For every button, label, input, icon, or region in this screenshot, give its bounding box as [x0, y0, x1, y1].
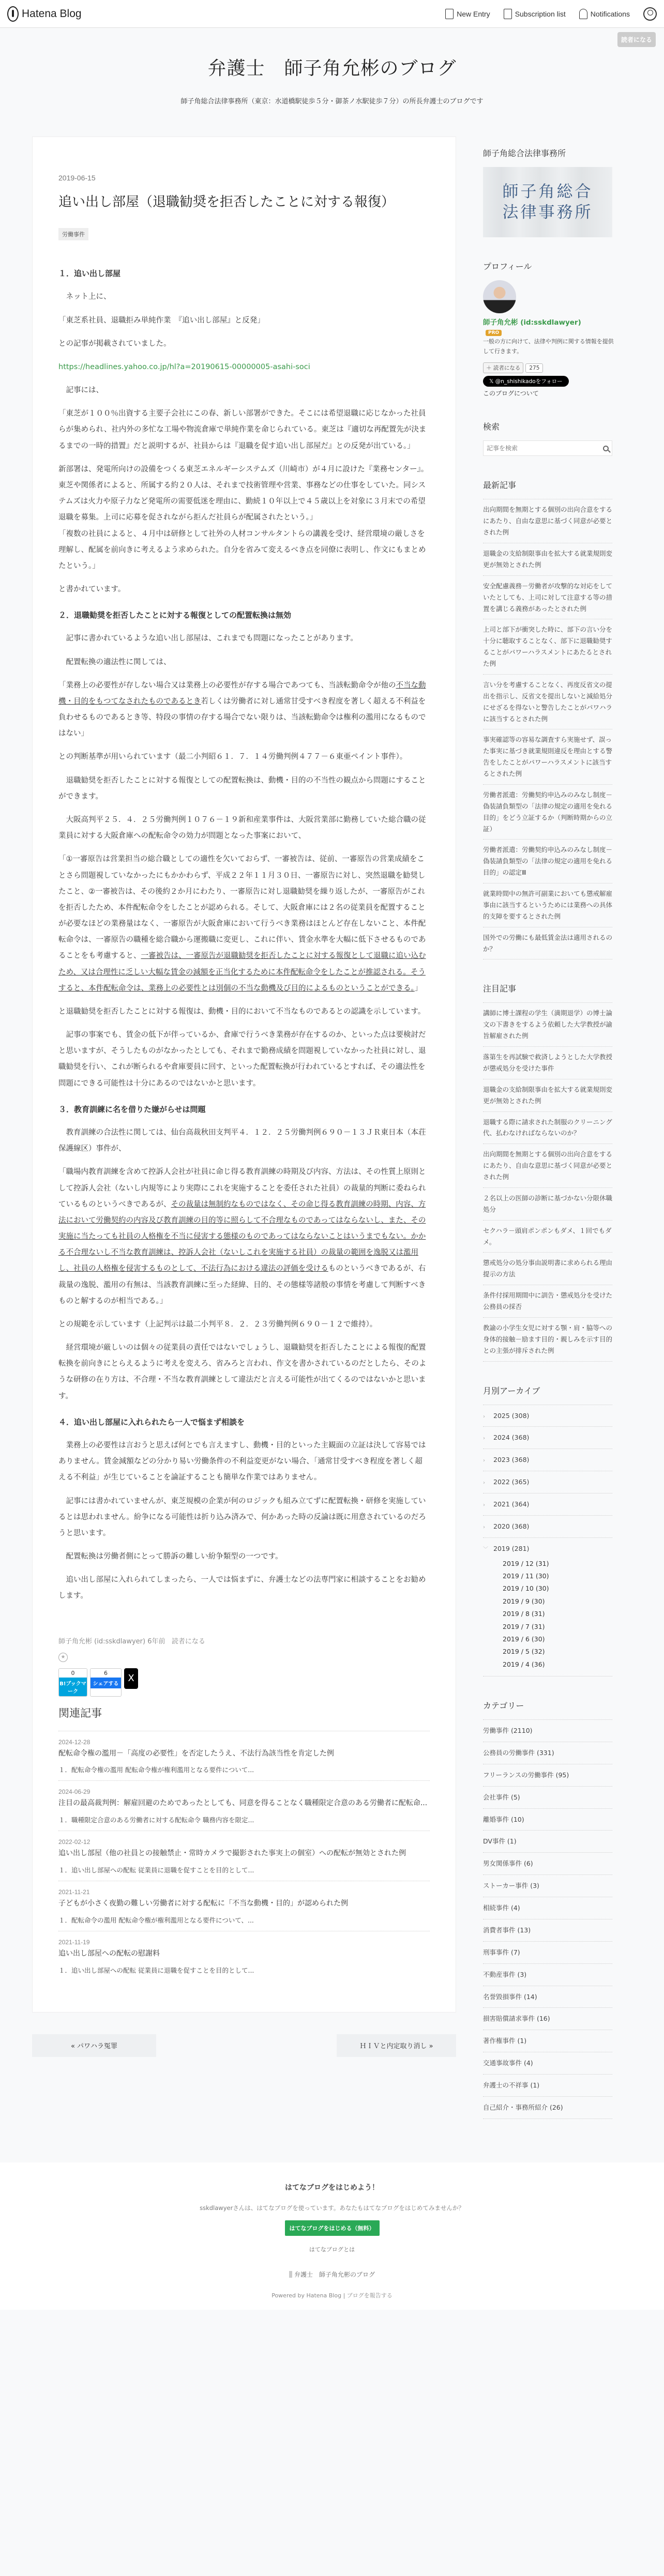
- archive-year: ›2022 (365): [483, 1471, 612, 1493]
- recent-entry: 国外での労働にも最低賃金法は適用されるのか？: [483, 927, 612, 960]
- related-summary: １．職種限定合意のある労働者に対する配転命令 職務内容を限定...: [58, 1815, 430, 1824]
- blog-title-link[interactable]: 弁護士 師子角允彬のブログ: [207, 58, 456, 79]
- category-item: 交通事故事件 (4): [483, 2052, 612, 2075]
- share-buttons: 0 B!ブックマーク 6 シェアする X: [58, 1668, 430, 1697]
- archive-module: 月別アーカイブ ›2025 (308)›2024 (368)›2023 (368…: [483, 1384, 617, 1677]
- category-item: 消費者事件 (13): [483, 1919, 612, 1942]
- logo-text: Hatena Blog: [22, 8, 82, 20]
- profile-subscribe-button[interactable]: ＋ 読者になる: [483, 362, 523, 373]
- office-heading: 師子角総合法律事務所: [483, 147, 617, 159]
- related-date: 2024-06-29: [58, 1788, 430, 1795]
- office-banner-image[interactable]: 師子角総合 法律事務所: [483, 167, 612, 237]
- entry-title-link[interactable]: 追い出し部屋（退職勧奨を拒否したことに対する報復）: [58, 194, 395, 210]
- archive-month: 2019 / 11 (30): [503, 1570, 612, 1582]
- user-avatar-icon[interactable]: [643, 7, 657, 21]
- section-heading: ３．教育訓練に名を借りた嫌がらせは問題: [58, 1101, 430, 1118]
- section-heading: １．追い出し部屋: [58, 265, 430, 282]
- recent-entries-list: 出向期間を無期とする個別の出向合意をするにあたり、自由な意思に基づく同意が必要と…: [483, 499, 612, 959]
- related-item: 2024-06-29注目の最高裁判例：解雇回避のためであったとしても、同意を得る…: [58, 1781, 430, 1831]
- quote-paragraph: 「職場内教育訓練を含めて控訴人会社が社員に命じ得る教育訓練の時期及び内容、方法は…: [58, 1164, 430, 1309]
- category-item-link[interactable]: 相続事件 (4): [483, 1904, 520, 1912]
- body-paragraph: 配置転換は労働者側にとって勝訴の難しい紛争類型の一つです。: [58, 1549, 430, 1565]
- featured-entry-link[interactable]: 講師に博士課程の学生（満期退学）の博士論文の下書きをするよう依頼した大学教授が諭…: [483, 1009, 612, 1040]
- body-paragraph: 記事の事案でも、賃金の低下が伴っているか、倉庫で行うべき業務が存在するのか、とい…: [58, 1027, 430, 1092]
- archive-month: 2019 / 6 (30): [503, 1633, 612, 1645]
- category-item-link[interactable]: 名誉毀損事件 (14): [483, 1993, 537, 2001]
- featured-entries-module: 注目記事 講師に博士課程の学生（満期退学）の博士論文の下書きをするよう依頼した大…: [483, 982, 617, 1361]
- search-heading: 検索: [483, 420, 617, 432]
- prev-entry-link[interactable]: « パワハラ冤罪: [32, 2034, 156, 2057]
- chevron-right-icon[interactable]: ›: [483, 1501, 493, 1510]
- category-item: DV事件 (1): [483, 1831, 612, 1853]
- sidebar: 師子角総合法律事務所 師子角総合 法律事務所 プロフィール 師子角允彬 (id:…: [483, 136, 617, 2142]
- recent-entry: 上司と部下が衝突した時に、部下の言い分を十分に聴取することなく、部下に退職勧奨す…: [483, 619, 612, 675]
- category-list: 労働事件 (2110)公務員の労働事件 (331)フリーランスの労働事件 (95…: [483, 1719, 612, 2119]
- category-item-link[interactable]: 労働事件 (2110): [483, 1727, 533, 1734]
- facebook-share-button[interactable]: 6 シェアする: [90, 1668, 122, 1697]
- search-module: 検索: [483, 420, 617, 456]
- archive-year: ›2024 (368): [483, 1427, 612, 1449]
- entry-age: 6年前: [147, 1638, 165, 1645]
- archive-year-link[interactable]: 2025 (308): [493, 1412, 529, 1420]
- archive-year-link[interactable]: 2022 (365): [493, 1478, 529, 1486]
- category-item-link[interactable]: DV事件 (1): [483, 1837, 517, 1845]
- new-entry-link[interactable]: New Entry: [445, 9, 490, 19]
- chevron-right-icon[interactable]: ›: [483, 1523, 493, 1532]
- profile-module: プロフィール 師子角允彬 (id:sskdlawyer) PRO 一般の方に向け…: [483, 260, 617, 398]
- archive-month: 2019 / 8 (31): [503, 1608, 612, 1620]
- entry-footer: 師子角允彬 (id:sskdlawyer) 6年前 読者になる ★ 0 B!ブッ…: [58, 1636, 430, 1697]
- archive-month: 2019 / 7 (31): [503, 1621, 612, 1633]
- archive-month: 2019 / 9 (30): [503, 1595, 612, 1608]
- hatena-bookmark-label: B!ブックマーク: [59, 1678, 87, 1696]
- quote-paragraph: 「①一審原告は営業担当の総合職としての適性を欠いておらず、一審被告は、従前、一審…: [58, 851, 430, 997]
- archive-list: ›2025 (308)›2024 (368)›2023 (368)›2022 (…: [483, 1405, 612, 1677]
- featured-entry-link[interactable]: 教諭の小学生女児に対する顎・肩・脇等への身体的接触－励ます目的・親しみを示す目的…: [483, 1324, 612, 1354]
- chevron-right-icon[interactable]: ›: [483, 1456, 493, 1466]
- reader-row: ＋ 読者になる 275: [483, 362, 617, 373]
- archive-months: 2019 / 12 (31)2019 / 11 (30)2019 / 10 (3…: [483, 1558, 612, 1671]
- category-item: 弁護士の不祥事 (1): [483, 2075, 612, 2097]
- entry-date-link[interactable]: 2019-06-15: [58, 174, 96, 182]
- recent-entry-link[interactable]: 労働者派遣：労働契約申込みのみなし制度－偽装請負類型の「法律の規定の適用を免れる…: [483, 791, 612, 833]
- chevron-right-icon[interactable]: ›: [483, 1412, 493, 1422]
- body-paragraph: と書かれています。: [58, 582, 430, 598]
- footer-lead: sskdlawyerさんは、はてなブログを使っています。あなたもはてなブログをは…: [0, 2204, 664, 2212]
- category-item-link[interactable]: 弁護士の不祥事 (1): [483, 2081, 539, 2089]
- quote-text: 「①一審原告は営業担当の総合職としての適性を欠いておらず、一審被告は、従前、一審…: [58, 855, 426, 960]
- what-is-hatena-link[interactable]: はてなブログとは: [309, 2246, 355, 2253]
- bell-icon: [579, 9, 587, 19]
- featured-entry: 落第生を再試験で救済しようとした大学教授が懲戒処分を受けた事件: [483, 1047, 612, 1079]
- facebook-share-label: シェアする: [90, 1678, 121, 1688]
- archive-year-link[interactable]: 2021 (364): [493, 1500, 529, 1508]
- recent-entry-link[interactable]: 言い分を考慮することなく、再度反省文の提出を指示し、反省文を提出しないと減給処分…: [483, 681, 612, 723]
- category-item: 不動産事件 (3): [483, 1964, 612, 1986]
- quote-text: 「業務上の必要性が存しない場合又は業務上の必要性が存する場合であつても、当該転勤…: [58, 681, 396, 690]
- featured-entry-link[interactable]: 懲戒処分の処分事由説明書に求められる理由提示の方法: [483, 1259, 612, 1278]
- body-paragraph: 教育訓練の合法性に関しては、仙台高裁秋田支判平４．１２．２５労働判例６９０－１３…: [58, 1125, 430, 1157]
- hatena-bookmark-button[interactable]: 0 B!ブックマーク: [58, 1668, 87, 1697]
- archive-year-link[interactable]: 2023 (368): [493, 1456, 529, 1464]
- body-paragraph: 新部署は、発電所向けの設備をつくる東芝エネルギーシステムズ（川崎市）が４月に設け…: [58, 462, 430, 574]
- category-item-link[interactable]: 公務員の労働事件 (331): [483, 1749, 554, 1757]
- featured-heading: 注目記事: [483, 982, 617, 994]
- banner-line-1: 師子角総合: [503, 181, 593, 202]
- recent-entry-link[interactable]: 退職金の支給制限事由を拡大する就業規則変更が無効とされた例: [483, 550, 612, 569]
- body-paragraph: 業務上の必要性は言おうと思えば何とでも言えますし、動機・目的といった主観面の立証…: [58, 1438, 430, 1486]
- category-item-link[interactable]: 男女関係事件 (6): [483, 1859, 533, 1867]
- related-title-link[interactable]: 子どもが小さく夜勤の難しい労働者に対する配転に「不当な動機・目的」が認められた例: [58, 1898, 430, 1910]
- body-paragraph: 配置転換の適法性に関しては、: [58, 654, 430, 670]
- body-paragraph: 経営環境が厳しいのは個々の従業員の責任ではないでしょうし、退職勧奨を拒否したこと…: [58, 1340, 430, 1405]
- category-item: 公務員の労働事件 (331): [483, 1742, 612, 1764]
- section-heading: ２．退職勧奨を拒否したことに対する報復としての配置転換は無効: [58, 607, 430, 623]
- hatena-bookmark-count: 0: [59, 1669, 87, 1678]
- recent-entry: 退職金の支給制限事由を拡大する就業規則変更が無効とされた例: [483, 543, 612, 576]
- subscription-list-link[interactable]: Subscription list: [504, 9, 566, 19]
- archive-month: 2019 / 10 (30): [503, 1582, 612, 1595]
- archive-year: ›2020 (368): [483, 1516, 612, 1538]
- recent-heading: 最新記事: [483, 479, 617, 491]
- x-logo-icon: X: [128, 1673, 134, 1684]
- related-summary: １．追い出し部屋への配転 従業員に退職を促すことを目的として...: [58, 1965, 430, 1975]
- category-item: 相続事件 (4): [483, 1897, 612, 1919]
- featured-entries-list: 講師に博士課程の学生（満期退学）の博士論文の下書きをするよう依頼した大学教授が諭…: [483, 1002, 612, 1361]
- office-module: 師子角総合法律事務所 師子角総合 法律事務所: [483, 147, 617, 237]
- category-heading: カテゴリー: [483, 1699, 617, 1711]
- recent-entry-link[interactable]: 就業時間中の無許可副業においても懲戒解雇事由に該当するというためには業務への具体…: [483, 890, 612, 920]
- about-blog-link[interactable]: このブログについて: [483, 389, 617, 398]
- body-paragraph: 記事には、: [58, 383, 430, 399]
- recent-entry: 安全配慮義務－労働者が攻撃的な対応をしていたとしても、上司に対して注意する等の措…: [483, 576, 612, 620]
- x-share-button[interactable]: X: [124, 1668, 138, 1689]
- quote-text: 」: [415, 984, 422, 993]
- related-date: 2021-11-19: [58, 1939, 430, 1946]
- hatena-pen-icon: [7, 6, 19, 22]
- archive-month-link[interactable]: 2019 / 10 (30): [503, 1584, 549, 1592]
- chevron-right-icon[interactable]: ›: [483, 1478, 493, 1488]
- new-entry-label: New Entry: [457, 10, 490, 18]
- related-item: 2024-12-28配転命令権の濫用－「高度の必要性」を否定したうえ、不法行為該…: [58, 1731, 430, 1781]
- entry-category-tag[interactable]: 労働事件: [58, 228, 88, 240]
- featured-entry-link[interactable]: 退職する際に請求された制服のクリーニング代、払わなければならないのか？: [483, 1118, 612, 1137]
- category-item: 名誉毀損事件 (14): [483, 1986, 612, 2008]
- category-item: 刑事事件 (7): [483, 1942, 612, 1964]
- related-item: 2022-02-12追い出し部屋（他の社員との接触禁止・常時カメラで撮影された事…: [58, 1831, 430, 1881]
- featured-entry: 懲戒処分の処分事由説明書に求められる理由提示の方法: [483, 1253, 612, 1285]
- recent-entry-link[interactable]: 労働者派遣：労働契約申込みのみなし制度－偽装請負類型の「法律の規定の適用を免れる…: [483, 846, 612, 876]
- profile-avatar[interactable]: [483, 280, 516, 313]
- archive-year: ›2023 (368): [483, 1449, 612, 1471]
- archive-heading: 月別アーカイブ: [483, 1384, 617, 1396]
- featured-entry-link[interactable]: 出向期間を無期とする個別の出向合意をするにあたり、自由な意思に基づく同意が必要と…: [483, 1150, 612, 1181]
- subscribe-button[interactable]: 読者になる: [617, 32, 656, 47]
- footer-blog-name-link[interactable]: 弁護士 師子角允彬のブログ: [294, 2270, 375, 2279]
- category-module: カテゴリー 労働事件 (2110)公務員の労働事件 (331)フリーランスの労働…: [483, 1699, 617, 2119]
- category-item-link[interactable]: 交通事故事件 (4): [483, 2059, 533, 2067]
- featured-entry: 出向期間を無期とする個別の出向合意をするにあたり、自由な意思に基づく同意が必要と…: [483, 1144, 612, 1188]
- archive-year-link[interactable]: 2019 (281): [493, 1545, 529, 1552]
- facebook-share-count: 6: [90, 1669, 121, 1678]
- related-summary: １．配転命令の濫用 配転命令権が権利濫用となる要件について、...: [58, 1915, 430, 1925]
- pencil-icon: [445, 9, 454, 19]
- featured-entry-link[interactable]: セクハラ－頭肩ポンポンもダメ、１回でもダメ。: [483, 1227, 612, 1246]
- archive-year: ›2021 (364): [483, 1493, 612, 1516]
- powered-by: Powered by Hatena Blog | ブログを報告する: [0, 2291, 664, 2299]
- featured-entry: 退職金の支給制限事由を拡大する就業規則変更が無効とされた例: [483, 1079, 612, 1112]
- archive-month: 2019 / 5 (32): [503, 1645, 612, 1658]
- chevron-down-icon[interactable]: ﹀: [483, 1545, 493, 1554]
- archive-year-link[interactable]: 2020 (368): [493, 1522, 529, 1530]
- category-item-link[interactable]: 離婚事件 (10): [483, 1816, 524, 1823]
- recent-entry: 言い分を考慮することなく、再度反省文の提出を指示し、反省文を提出しないと減給処分…: [483, 675, 612, 730]
- archive-month: 2019 / 4 (36): [503, 1658, 612, 1671]
- body-paragraph: 「東芝が１００％出資する主要子会社にこの春、新しい部署ができた。そこには希望退職…: [58, 406, 430, 454]
- archive-month-link[interactable]: 2019 / 11 (30): [503, 1572, 549, 1580]
- body-paragraph: 退職勧奨を拒否したことに対する報復としての配置転換は、動機・目的の不当性の観点か…: [58, 773, 430, 805]
- search-box: [483, 440, 612, 456]
- related-title-link[interactable]: 追い出し部屋（他の社員との接触禁止・常時カメラで撮影された事実上の個室）への配転…: [58, 1848, 430, 1860]
- body-paragraph: との判断基準が用いられています（最二小判昭６１．７．１４労働判例４７７－６東亜ペ…: [58, 749, 430, 765]
- recent-entry: 就業時間中の無許可副業においても懲戒解雇事由に該当するというためには業務への具体…: [483, 883, 612, 927]
- featured-entry: 条件付採用期間中に訓告・懲戒処分を受けた公務員の採否: [483, 1285, 612, 1318]
- archive-month-link[interactable]: 2019 / 9 (30): [503, 1597, 545, 1605]
- archive-month-link[interactable]: 2019 / 6 (30): [503, 1635, 545, 1643]
- source-article-link[interactable]: https://headlines.yahoo.co.jp/hl?a=20190…: [58, 363, 310, 371]
- next-entry-link[interactable]: ＨＩＶと内定取り消し »: [337, 2034, 456, 2057]
- body-paragraph: 「東芝系社員、退職拒み単純作業 『追い出し部屋』と反発」: [58, 313, 430, 329]
- underlined-quote-text: その裁量は無制約なものではなく、その命じ得る教育訓練の時期、内容、方法において労…: [58, 1200, 426, 1273]
- archive-month-link[interactable]: 2019 / 5 (32): [503, 1648, 545, 1655]
- search-icon[interactable]: [603, 446, 609, 451]
- related-date: 2022-02-12: [58, 1838, 430, 1846]
- add-star-icon[interactable]: ★: [58, 1653, 68, 1662]
- profile-heading: プロフィール: [483, 260, 617, 272]
- body-paragraph: と退職勧奨を拒否したことに対する報復は、動機・目的において不当なものであるとの認…: [58, 1004, 430, 1020]
- related-summary: １．配転命令権の濫用 配転命令権が権利濫用となる要件について...: [58, 1765, 430, 1774]
- subscription-icon: [504, 9, 512, 19]
- featured-entry: 退職する際に請求された制服のクリーニング代、払わなければならないのか？: [483, 1112, 612, 1145]
- blog-favicon-icon: [289, 2271, 292, 2278]
- profile-description: 一般の方に向けて、法律や判例に関する情報を提供して行きます。: [483, 337, 617, 356]
- category-item-link[interactable]: 刑事事件 (7): [483, 1948, 520, 1956]
- featured-entry: 教諭の小学生女児に対する顎・肩・脇等への身体的接触－励ます目的・親しみを示す目的…: [483, 1318, 612, 1362]
- recent-entry: 出向期間を無期とする個別の出向合意をするにあたり、自由な意思に基づく同意が必要と…: [483, 499, 612, 543]
- category-item: 離婚事件 (10): [483, 1809, 612, 1831]
- category-item-link[interactable]: 自己紹介・事務所紹介 (26): [483, 2104, 563, 2111]
- recent-entry-link[interactable]: 事実確認等の容易な調査すら実施せず、誤った事実に基づき就業規則違反を理由とする警…: [483, 736, 612, 778]
- article-link-paragraph: https://headlines.yahoo.co.jp/hl?a=20190…: [58, 359, 430, 375]
- x-follow-button[interactable]: 𝕏 @n_shishikadoをフォロー: [483, 376, 569, 387]
- category-item-link[interactable]: ストーカー事件 (3): [483, 1882, 539, 1889]
- archive-month: 2019 / 12 (31): [503, 1558, 612, 1570]
- related-title-link[interactable]: 追い出し部屋への配転の慰謝料: [58, 1948, 430, 1960]
- archive-month-link[interactable]: 2019 / 12 (31): [503, 1560, 549, 1567]
- related-date: 2024-12-28: [58, 1739, 430, 1746]
- related-list: 2024-12-28配転命令権の濫用－「高度の必要性」を否定したうえ、不法行為該…: [58, 1731, 430, 1981]
- hatena-logo-link[interactable]: Hatena Blog: [7, 6, 82, 22]
- banner-line-2: 法律事務所: [503, 202, 593, 223]
- archive-year-link[interactable]: 2024 (368): [493, 1434, 529, 1441]
- archive-year: ›2025 (308): [483, 1405, 612, 1427]
- section-heading: ４．追い出し部屋に入れられたら一人で悩まず相談を: [58, 1414, 430, 1430]
- archive-month-link[interactable]: 2019 / 7 (31): [503, 1623, 545, 1630]
- category-item: 男女関係事件 (6): [483, 1853, 612, 1875]
- content-wrapper: 2019-06-15 追い出し部屋（退職勧奨を拒否したことに対する報復） 労働事…: [0, 136, 664, 2142]
- related-item: 2021-11-19追い出し部屋への配転の慰謝料１．追い出し部屋への配転 従業員…: [58, 1931, 430, 1981]
- body-paragraph: 大阪高判平２５．４．２５労働判例１０７６－１９新和産業事件は、大阪営業部に勤務し…: [58, 812, 430, 844]
- related-date: 2021-11-21: [58, 1888, 430, 1896]
- notifications-label: Notifications: [591, 10, 630, 18]
- category-item-link[interactable]: 不動産事件 (3): [483, 1971, 526, 1978]
- profile-name-link[interactable]: 師子角允彬 (id:sskdlawyer): [483, 316, 617, 327]
- related-title-link[interactable]: 配転命令権の濫用－「高度の必要性」を否定したうえ、不法行為該当性を肯定した例: [58, 1748, 430, 1760]
- category-item: フリーランスの労働事件 (95): [483, 1764, 612, 1787]
- category-item-link[interactable]: 会社事件 (5): [483, 1793, 520, 1801]
- body-paragraph: との規範を示しています（上記判示は最二小判平８．２．２３労働判例６９０－１２で維…: [58, 1317, 430, 1333]
- entry-body: １．追い出し部屋 ネット上に、「東芝系社員、退職拒み単純作業 『追い出し部屋』と…: [58, 265, 430, 1604]
- featured-entry-link[interactable]: 条件付採用期間中に訓告・懲戒処分を受けた公務員の採否: [483, 1291, 612, 1310]
- featured-entry: セクハラ－頭肩ポンポンもダメ、１回でもダメ。: [483, 1221, 612, 1253]
- related-title-link[interactable]: 注目の最高裁判例：解雇回避のためであったとしても、同意を得ることなく職種限定合意…: [58, 1797, 430, 1810]
- category-item: 労働事件 (2110): [483, 1720, 612, 1742]
- related-summary: １．追い出し部屋への配転 従業員に退職を促すことを目的として...: [58, 1865, 430, 1874]
- archive-year: ﹀2019 (281)2019 / 12 (31)2019 / 11 (30)2…: [483, 1538, 612, 1676]
- subscription-list-label: Subscription list: [515, 10, 566, 18]
- search-input[interactable]: [487, 445, 603, 452]
- global-nav: New Entry Subscription list Notification…: [445, 7, 657, 21]
- featured-entry: 講師に博士課程の学生（満期退学）の博士論文の下書きをするよう依頼した大学教授が諭…: [483, 1003, 612, 1047]
- recent-entry: 労働者派遣：労働契約申込みのみなし制度－偽装請負類型の「法律の規定の適用を免れる…: [483, 840, 612, 883]
- archive-month-link[interactable]: 2019 / 8 (31): [503, 1610, 545, 1618]
- category-item-link[interactable]: フリーランスの労働事件 (95): [483, 1771, 569, 1779]
- category-item: 自己紹介・事務所紹介 (26): [483, 2097, 612, 2119]
- reader-count: 275: [525, 363, 543, 373]
- category-item-link[interactable]: 消費者事件 (13): [483, 1926, 531, 1934]
- recent-entry-link[interactable]: 国外での労働にも最低賃金法は適用されるのか？: [483, 934, 612, 953]
- recent-entry-link[interactable]: 安全配慮義務－労働者が攻撃的な対応をしていたとしても、上司に対して注意する等の措…: [483, 582, 612, 613]
- category-item-link[interactable]: 著作権事件 (1): [483, 2037, 526, 2045]
- notifications-link[interactable]: Notifications: [579, 9, 630, 19]
- body-paragraph: ネット上に、: [58, 289, 430, 305]
- pro-badge: PRO: [486, 330, 502, 336]
- category-item: 損害賠償請求事件 (16): [483, 2008, 612, 2030]
- entry-article: 2019-06-15 追い出し部屋（退職勧奨を拒否したことに対する報復） 労働事…: [32, 136, 456, 2013]
- related-heading: 関連記事: [58, 1705, 430, 1731]
- recent-entry-link[interactable]: 出向期間を無期とする個別の出向合意をするにあたり、自由な意思に基づく同意が必要と…: [483, 506, 612, 536]
- footer-subscribe-link[interactable]: 読者になる: [172, 1638, 205, 1645]
- body-paragraph: 記事に書かれているような追い出し部屋は、これまでも問題になったことがあります。: [58, 631, 430, 647]
- global-header: Hatena Blog New Entry Subscription list …: [0, 0, 664, 28]
- recent-entry: 事実確認等の容易な調査すら実施せず、誤った事実に基づき就業規則違反を理由とする警…: [483, 729, 612, 785]
- related-item: 2021-11-21子どもが小さく夜勤の難しい労働者に対する配転に「不当な動機・…: [58, 1881, 430, 1931]
- blog-header: 弁護士 師子角允彬のブログ 師子角総合法律事務所（東京：水道橋駅徒歩５分・御茶ノ…: [0, 28, 664, 136]
- footer-heading: はてなブログをはじめよう！: [0, 2182, 664, 2192]
- category-item: ストーカー事件 (3): [483, 1875, 612, 1897]
- recent-entry: 労働者派遣：労働契約申込みのみなし制度－偽装請負類型の「法律の規定の適用を免れる…: [483, 785, 612, 840]
- main-column: 2019-06-15 追い出し部屋（退職勧奨を拒否したことに対する報復） 労働事…: [32, 136, 456, 2142]
- author-link[interactable]: 師子角允彬 (id:sskdlawyer): [58, 1638, 145, 1645]
- page-footer: はてなブログをはじめよう！ sskdlawyerさんは、はてなブログを使っていま…: [0, 2162, 664, 2310]
- entry-pager: « パワハラ冤罪 ＨＩＶと内定取り消し »: [32, 2034, 456, 2057]
- related-entries: 関連記事 2024-12-28配転命令権の濫用－「高度の必要性」を否定したうえ、…: [58, 1705, 430, 1981]
- category-item: 会社事件 (5): [483, 1787, 612, 1809]
- body-paragraph: 追い出し部屋に入れられてしまったら、一人では悩まずに、弁護士などの法専門家に相談…: [58, 1572, 430, 1604]
- recent-entry-link[interactable]: 上司と部下が衝突した時に、部下の言い分を十分に聴取することなく、部下に退職勧奨す…: [483, 626, 612, 667]
- start-blog-button[interactable]: はてなブログをはじめる（無料）: [285, 2220, 380, 2236]
- body-paragraph: 記事には書かれていませんが、東芝規模の企業が何のロジックも組み立てずに配置転換・…: [58, 1493, 430, 1542]
- featured-entry-link[interactable]: 落第生を再試験で救済しようとした大学教授が懲戒処分を受けた事件: [483, 1053, 612, 1072]
- category-item-link[interactable]: 損害賠償請求事件 (16): [483, 2015, 550, 2022]
- body-paragraph: との記事が掲載されていました。: [58, 336, 430, 352]
- blog-description: 師子角総合法律事務所（東京：水道橋駅徒歩５分・御茶ノ水駅徒歩７分）の所長弁護士の…: [0, 96, 664, 105]
- featured-entry-link[interactable]: ２名以上の医師の診断に基づかない分限休職処分: [483, 1194, 612, 1213]
- featured-entry: ２名以上の医師の診断に基づかない分限休職処分: [483, 1188, 612, 1221]
- quote-paragraph: 「業務上の必要性が存しない場合又は業務上の必要性が存する場合であつても、当該転勤…: [58, 678, 430, 742]
- recent-entries-module: 最新記事 出向期間を無期とする個別の出向合意をするにあたり、自由な意思に基づく同…: [483, 479, 617, 959]
- featured-entry-link[interactable]: 退職金の支給制限事由を拡大する就業規則変更が無効とされた例: [483, 1086, 612, 1105]
- category-item: 著作権事件 (1): [483, 2030, 612, 2052]
- chevron-right-icon[interactable]: ›: [483, 1434, 493, 1443]
- archive-month-link[interactable]: 2019 / 4 (36): [503, 1660, 545, 1668]
